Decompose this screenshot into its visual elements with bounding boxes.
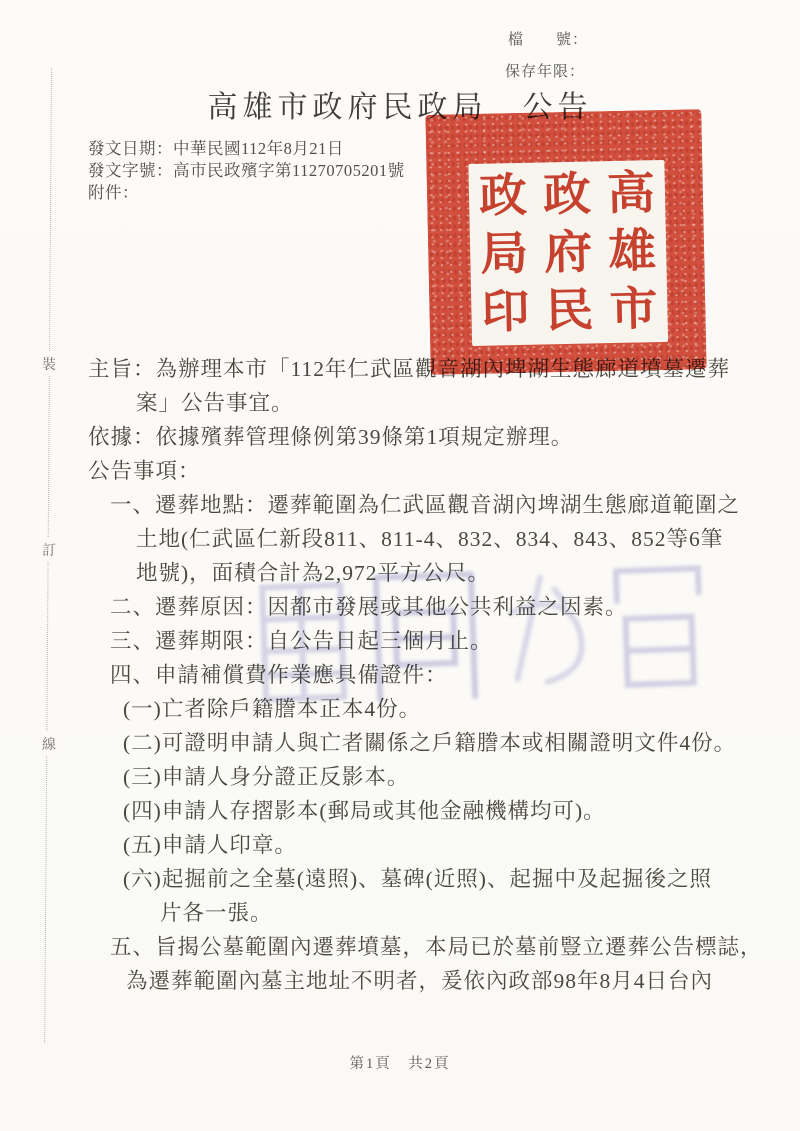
issue-date-line: 發文日期：中華民國112年8月21日 bbox=[88, 138, 405, 160]
body-line: (三)申請人身分證正反影本。 bbox=[88, 760, 778, 794]
seal-character: 雄 bbox=[600, 222, 664, 281]
retention-period-label: 保存年限： bbox=[505, 60, 585, 81]
seal-character: 市 bbox=[602, 280, 666, 339]
attachment-line: 附件： bbox=[88, 182, 405, 204]
official-seal: 高雄市政府民政局印 bbox=[425, 109, 706, 375]
seal-inner-face: 高雄市政府民政局印 bbox=[468, 160, 668, 346]
seal-column: 政局印 bbox=[472, 167, 536, 342]
file-number-label: 檔 號： bbox=[508, 28, 588, 49]
seal-character: 民 bbox=[538, 281, 602, 340]
seal-character: 印 bbox=[474, 283, 538, 342]
seal-column: 高雄市 bbox=[600, 164, 664, 339]
scanned-announcement-page: 裝訂線 檔 號： 保存年限： 高雄市政府民政局 公告 發文日期：中華民國112年… bbox=[0, 0, 800, 1131]
seal-character: 政 bbox=[471, 167, 535, 226]
page-number: 第1頁 共2頁 bbox=[0, 1052, 800, 1073]
body-line: (四)申請人存摺影本(郵局或其他金融機構均可)。 bbox=[88, 794, 778, 828]
body-line: (二)可證明申請人與亡者關係之戶籍謄本或相關證明文件4份。 bbox=[88, 726, 778, 760]
body-line: (六)起掘前之全墓(遠照)、墓碑(近照)、起掘中及起掘後之照 bbox=[88, 862, 778, 896]
body-line: 片各一張。 bbox=[88, 896, 778, 930]
seal-character: 政 bbox=[535, 165, 599, 224]
body-line: 一、遷葬地點：遷葬範圍為仁武區觀音湖內埤湖生態廊道範圍之 bbox=[88, 488, 778, 522]
seal-column: 政府民 bbox=[536, 165, 600, 340]
body-line: 案」公告事宜。 bbox=[88, 386, 778, 420]
seal-character: 局 bbox=[472, 225, 536, 284]
seal-grid: 高雄市政府民政局印 bbox=[472, 164, 664, 342]
body-line: 土地(仁武區仁新段811、811-4、832、834、843、852等6筆 bbox=[88, 522, 778, 556]
body-line: 公告事項： bbox=[88, 454, 778, 488]
seal-character: 府 bbox=[536, 223, 600, 282]
document-meta: 發文日期：中華民國112年8月21日 發文字號：高市民政殯字第112707052… bbox=[88, 138, 405, 204]
faded-blue-stamp-icon bbox=[248, 554, 713, 715]
binding-mark: 訂 bbox=[38, 538, 60, 562]
body-line: (五)申請人印章。 bbox=[88, 828, 778, 862]
seal-character: 高 bbox=[599, 164, 663, 223]
body-line: 為遷葬範圍內墓主地址不明者，爰依內政部98年8月4日台內 bbox=[88, 964, 778, 998]
binding-mark: 裝 bbox=[38, 352, 60, 376]
binding-mark: 線 bbox=[38, 732, 60, 756]
doc-number-line: 發文字號：高市民政殯字第11270705201號 bbox=[88, 160, 405, 182]
body-line: 依據：依據殯葬管理條例第39條第1項規定辦理。 bbox=[88, 420, 778, 454]
body-line: 五、旨揭公墓範圍內遷葬墳墓，本局已於墓前豎立遷葬公告標誌， bbox=[88, 930, 778, 964]
